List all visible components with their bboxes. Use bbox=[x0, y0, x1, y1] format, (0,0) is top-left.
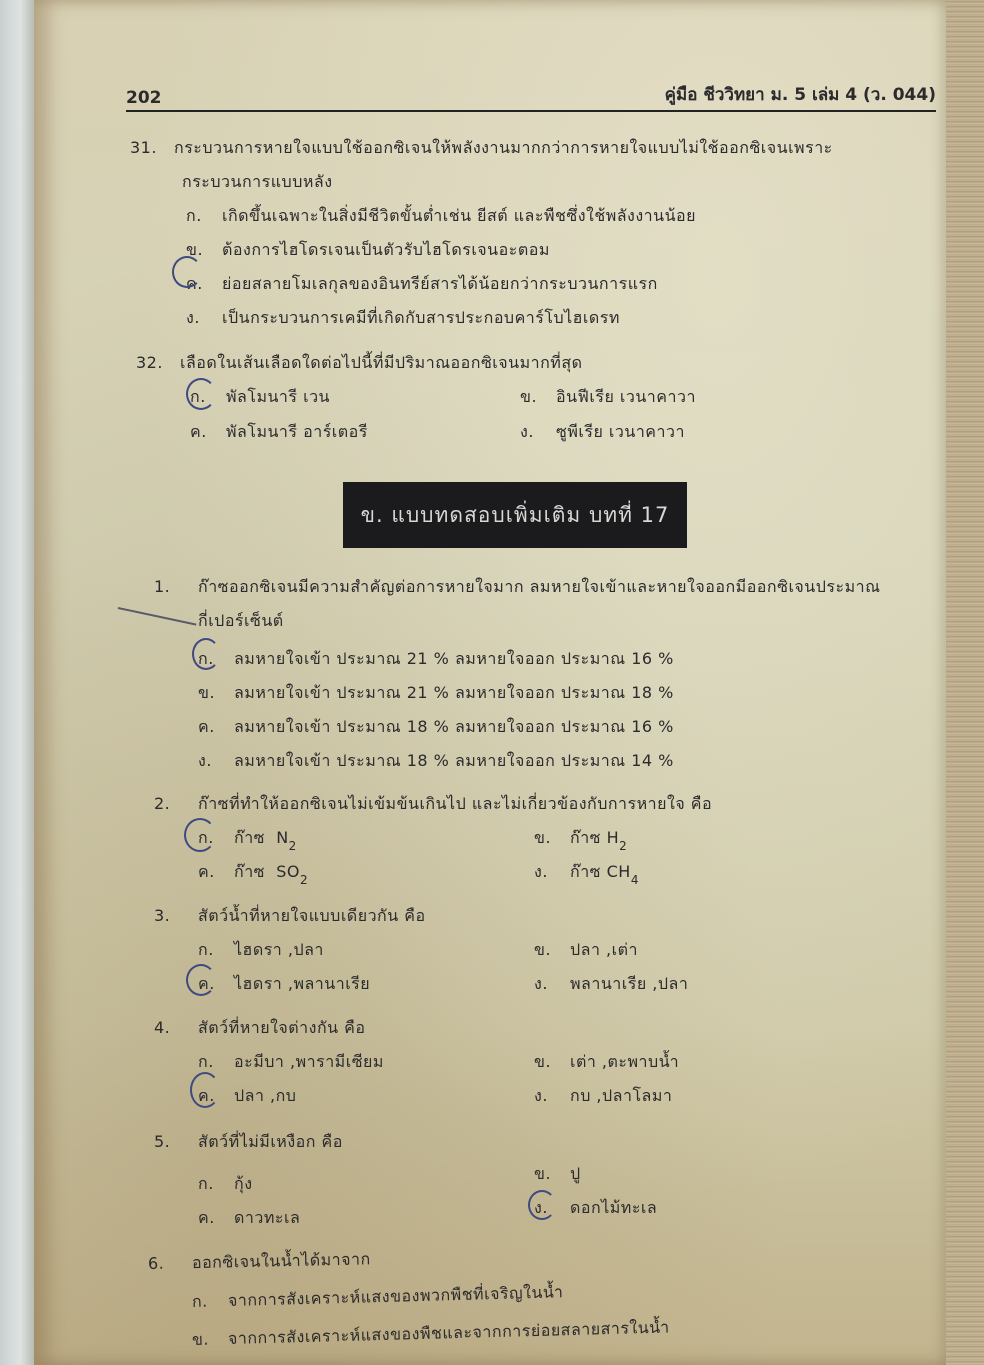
question-1-stem: 1.ก๊าซออกซิเจนมีความสำคัญต่อการหายใจมาก … bbox=[154, 575, 880, 600]
question-2-option-c: ค.ก๊าซ SO2 bbox=[198, 860, 308, 885]
question-32-option-b: ข.อินฟีเรีย เวนาคาวา bbox=[520, 385, 696, 410]
question-4-option-a: ก.อะมีบา ,พารามีเซียม bbox=[198, 1050, 384, 1075]
question-3-option-a: ก.ไฮดรา ,ปลา bbox=[198, 938, 324, 963]
handwritten-answer-mark bbox=[192, 638, 220, 670]
question-32-option-d: ง.ซูพีเรีย เวนาคาวา bbox=[520, 420, 685, 445]
handwritten-answer-mark bbox=[190, 1072, 220, 1108]
question-1-option-b: ข.ลมหายใจเข้า ประมาณ 21 % ลมหายใจออก ประ… bbox=[198, 681, 674, 706]
question-2-stem: 2.ก๊าซที่ทำให้ออกซิเจนไม่เข้มข้นเกินไป แ… bbox=[154, 792, 712, 817]
book-page: 202 คู่มือ ชีววิทยา ม. 5 เล่ม 4 (ว. 044)… bbox=[34, 0, 946, 1365]
question-1-option-d: ง.ลมหายใจเข้า ประมาณ 18 % ลมหายใจออก ประ… bbox=[198, 749, 674, 774]
handwritten-answer-mark bbox=[186, 378, 216, 410]
question-4-option-d: ง.กบ ,ปลาโลมา bbox=[534, 1084, 672, 1109]
question-31-stem: 31.กระบวนการหายใจแบบใช้ออกซิเจนให้พลังงา… bbox=[130, 136, 833, 161]
question-31-option-c: ค.ย่อยสลายโมเลกุลของอินทรีย์สารได้น้อยกว… bbox=[186, 272, 658, 297]
question-2-option-b: ข.ก๊าซ H2 bbox=[534, 826, 627, 851]
handwritten-answer-mark bbox=[184, 818, 216, 852]
question-32-option-c: ค.พัลโมนารี อาร์เตอรี bbox=[190, 420, 368, 445]
question-5-option-b: ข.ปู bbox=[534, 1162, 581, 1187]
pen-stroke bbox=[118, 607, 197, 626]
section-banner: ข. แบบทดสอบเพิ่มเติม บทที่ 17 bbox=[343, 482, 687, 548]
question-31-stem-cont: กระบวนการแบบหลัง bbox=[182, 170, 333, 195]
page-stack-edge bbox=[940, 0, 984, 1365]
page-number: 202 bbox=[126, 88, 162, 108]
question-6-option-a: ก.จากการสังเคราะห์แสงของพวกพืชที่เจริญใน… bbox=[192, 1280, 564, 1315]
question-31-option-d: ง.เป็นกระบวนการเคมีที่เกิดกับสารประกอบคา… bbox=[186, 306, 620, 331]
question-1-option-c: ค.ลมหายใจเข้า ประมาณ 18 % ลมหายใจออก ประ… bbox=[198, 715, 674, 740]
handwritten-answer-mark bbox=[528, 1190, 556, 1220]
question-1-stem-cont: กี่เปอร์เซ็นต์ bbox=[198, 609, 284, 634]
question-1-option-a: ก.ลมหายใจเข้า ประมาณ 21 % ลมหายใจออก ประ… bbox=[198, 647, 674, 672]
question-6-stem: 6.ออกซิเจนในน้ำได้มาจาก bbox=[148, 1247, 371, 1277]
question-3-option-d: ง.พลานาเรีย ,ปลา bbox=[534, 972, 688, 997]
page-header: 202 คู่มือ ชีววิทยา ม. 5 เล่ม 4 (ว. 044) bbox=[126, 86, 936, 112]
question-31-option-a: ก.เกิดขึ้นเฉพาะในสิ่งมีชีวิตขั้นต่ำเช่น … bbox=[186, 204, 696, 229]
question-4-stem: 4.สัตว์ที่หายใจต่างกัน คือ bbox=[154, 1016, 366, 1041]
handwritten-answer-mark bbox=[172, 256, 202, 288]
question-31-option-b: ข.ต้องการไฮโดรเจนเป็นตัวรับไฮโดรเจนอะตอม bbox=[186, 238, 550, 263]
background-surface bbox=[0, 0, 34, 1365]
handwritten-answer-mark bbox=[186, 964, 216, 996]
question-5-stem: 5.สัตว์ที่ไม่มีเหงือก คือ bbox=[154, 1130, 343, 1155]
running-title: คู่มือ ชีววิทยา ม. 5 เล่ม 4 (ว. 044) bbox=[665, 81, 936, 108]
question-3-option-c: ค.ไฮดรา ,พลานาเรีย bbox=[198, 972, 370, 997]
question-6-option-b: ข.จากการสังเคราะห์แสงของพืชและจากการย่อย… bbox=[192, 1315, 670, 1352]
question-32-stem: 32.เลือดในเส้นเลือดใดต่อไปนี้ที่มีปริมาณ… bbox=[136, 351, 583, 376]
question-3-option-b: ข.ปลา ,เต่า bbox=[534, 938, 638, 963]
question-5-option-a: ก.กุ้ง bbox=[198, 1172, 253, 1197]
question-2-option-d: ง.ก๊าซ CH4 bbox=[534, 860, 639, 885]
question-3-stem: 3.สัตว์น้ำที่หายใจแบบเดียวกัน คือ bbox=[154, 904, 426, 929]
question-4-option-b: ข.เต่า ,ตะพาบน้ำ bbox=[534, 1050, 679, 1075]
question-5-option-c: ค.ดาวทะเล bbox=[198, 1206, 300, 1231]
